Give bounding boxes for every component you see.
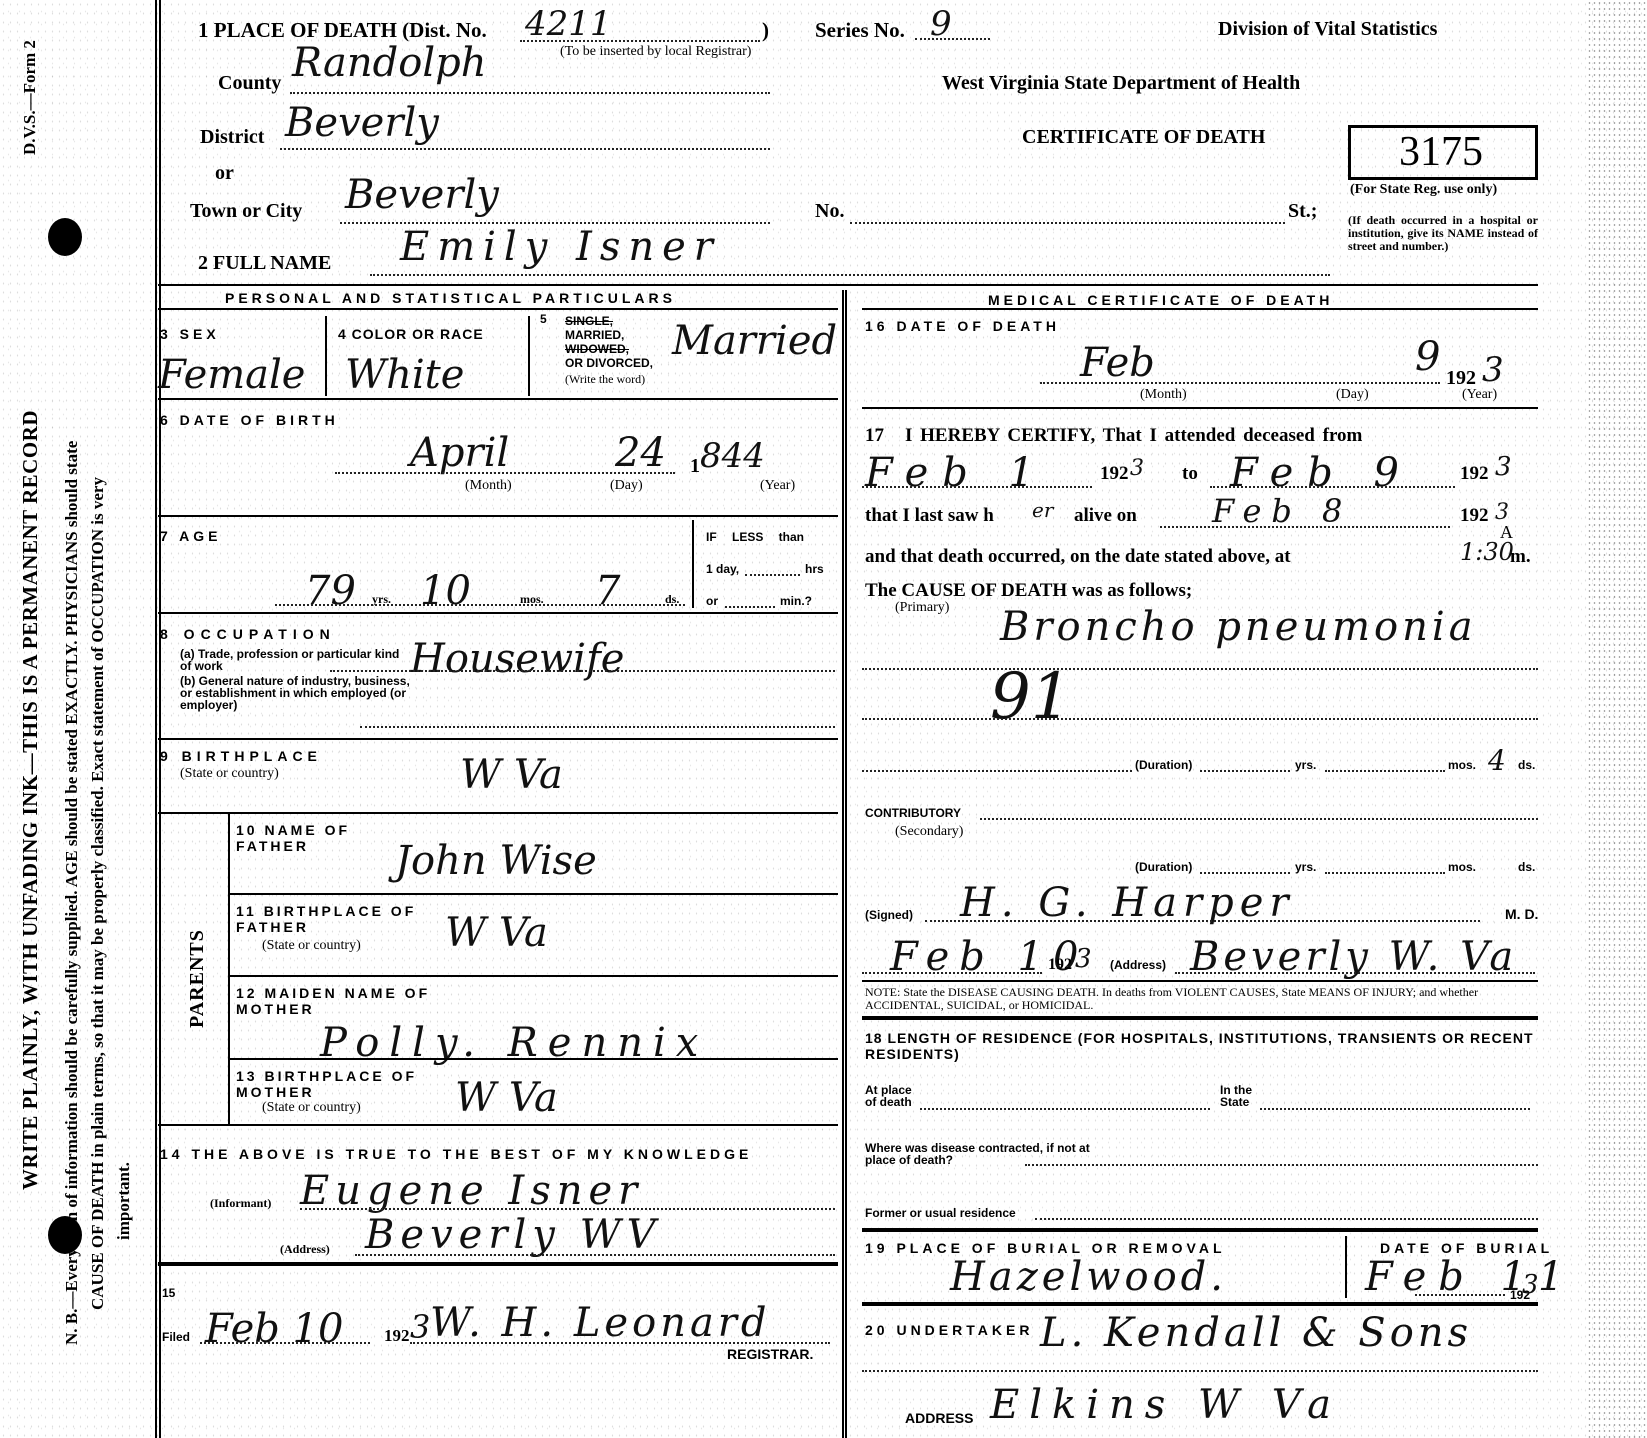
informant-line [300,1208,835,1210]
duration2-yrs: yrs. [1295,860,1316,874]
duration-days-value: 4 [1488,744,1506,777]
marital-opt-divorced: OR DIVORCED, [565,356,653,370]
duration2-mos: mos. [1448,860,1476,874]
note-text: NOTE: State the DISEASE CAUSING DEATH. I… [865,986,1537,1012]
divider [862,1302,1538,1306]
to-label: to [1182,463,1198,485]
dob-label: 6 DATE OF BIRTH [160,412,339,428]
at-place-label: At place of death [865,1084,925,1108]
dob-day: 24 [615,430,666,476]
marital-hint: (Write the word) [565,372,645,387]
last-saw-pre: that I last saw h [865,505,994,527]
birthplace-value: W Va [460,752,563,798]
burial-place: Hazelwood. [950,1254,1227,1300]
cause-text: The CAUSE OF DEATH was as follows; [865,580,1192,602]
filed-line [200,1342,370,1344]
nb-line-3: important. [114,1162,134,1240]
dist-no-line [520,40,760,42]
signed-line [925,920,1480,922]
month-hint: (Month) [465,478,512,494]
knowledge-label: 14 THE ABOVE IS TRUE TO THE BEST OF MY K… [160,1146,752,1162]
primary-line-1 [862,668,1538,670]
dod-line [1040,382,1440,384]
duration-mos: mos. [1448,758,1476,772]
mother-label: 12 MAIDEN NAME OF MOTHER [236,985,436,1017]
divider [158,738,838,740]
undertaker-value: L. Kendall & Sons [1040,1310,1472,1356]
nb-line-1: N. B.—Every item of information should b… [62,441,82,1345]
in-state-line [1260,1108,1530,1110]
write-plainly-notice: WRITE PLAINLY, WITH UNFADING INK—THIS IS… [18,410,43,1190]
md-label: M. D. [1505,906,1538,922]
signed-date-line [862,972,1042,974]
attended-to: Feb 9 [1230,450,1413,496]
min-label: min.? [780,594,812,608]
address-label: (Address) [280,1242,330,1257]
dod-day-hint: (Day) [1336,387,1369,403]
divider [158,308,838,310]
day-hint: (Day) [610,478,643,494]
marital-opt-married: MARRIED, [565,328,624,342]
filed-num: 15 [162,1286,175,1300]
or-label: or [215,162,234,185]
phys-address-label: (Address) [1110,958,1166,972]
occupation-b-line [360,726,835,728]
residence-label: 18 LENGTH OF RESIDENCE (FOR HOSPITALS, I… [865,1030,1535,1062]
attended-from: Feb 1 [865,450,1048,496]
sex-value: Female [158,352,305,398]
age-label: 7 AGE [160,528,222,544]
informant-label: (Informant) [210,1196,271,1211]
medical-section-title: MEDICAL CERTIFICATE OF DEATH [988,292,1333,308]
if-less-label: IF LESS than [706,530,804,544]
divider [230,975,838,977]
address-line [355,1254,835,1256]
duration2-mos-line [1325,872,1445,874]
district-line [280,148,770,150]
dob-month: April [410,430,509,476]
m-suffix: m. [1510,546,1531,568]
duration-label: (Duration) [1135,758,1192,772]
age-line [275,604,685,606]
father-label: 10 NAME OF FATHER [236,822,396,854]
hrs-label: hrs [805,562,824,576]
divider [158,515,838,517]
divider [692,520,694,608]
header-divider [158,284,1538,286]
street-suffix: St.; [1288,200,1317,223]
from-year-prefix: 192 [1100,463,1129,485]
district-value: Beverly [285,100,439,146]
dod-year: 3 [1482,350,1504,390]
last-saw-line [1160,526,1450,528]
primary-label: (Primary) [895,600,949,616]
where-contracted-line [1025,1164,1538,1166]
registrar-signature: W. H. Leonard [430,1300,771,1346]
registrar-line [410,1342,830,1344]
mother-birthplace-value: W Va [455,1075,558,1121]
dist-no-note: (To be inserted by local Registrar) [560,44,751,60]
age-months: 10 [420,568,471,614]
undertaker-label: 20 UNDERTAKER [865,1322,1033,1338]
contributory-label: CONTRIBUTORY [865,806,961,820]
mother-birthplace-label: 13 BIRTHPLACE OF MOTHER [236,1068,436,1100]
duration2-ds: ds. [1518,860,1535,874]
father-value: John Wise [395,838,597,884]
occurred-text: and that death occurred, on the date sta… [865,546,1291,568]
in-state-label: In the State [1220,1084,1270,1108]
dod-month-hint: (Month) [1140,387,1187,403]
last-saw-pronoun: er [1032,498,1053,522]
where-contracted-label: Where was disease contracted, if not at … [865,1142,1105,1166]
punch-hole-top [48,218,82,256]
duration-yrs-line [1200,770,1290,772]
father-birthplace-value: W Va [445,910,548,956]
birthplace-label: 9 BIRTHPLACE [160,748,322,764]
dist-no-value: 4211 [525,4,612,44]
certificate-title: CERTIFICATE OF DEATH [1022,126,1265,149]
occupation-a-label: (a) Trade, profession or particular kind… [180,648,410,672]
age-years: 79 [305,568,356,614]
burial-date-line [1415,1294,1505,1296]
primary-cause: Broncho pneumonia [1000,604,1477,650]
filed-date: Feb 10 [205,1306,343,1352]
divider [862,308,1538,310]
county-label: County [218,72,281,95]
ampm-value: A [1500,522,1513,543]
undertaker-line [862,1370,1538,1372]
district-label: District [200,126,264,149]
divider [1345,1236,1347,1298]
dod-month: Feb [1080,340,1155,386]
full-name-line [370,274,1330,276]
signed-year: 3 [1075,944,1092,974]
or-min-label: or [706,594,718,608]
dob-year: 844 [700,436,765,476]
divider [230,1058,838,1060]
full-name-label: 2 FULL NAME [198,252,331,275]
divider [230,893,838,895]
age-days: 7 [595,568,620,614]
at-place-line [920,1108,1210,1110]
last-saw-post: alive on [1074,505,1137,527]
punch-hole-bottom [48,1216,82,1254]
occupation-label: 8 OCCUPATION [160,626,336,642]
hospital-note: (If death occurred in a hospital or inst… [1348,214,1538,253]
last-saw-date: Feb 8 [1212,492,1352,530]
occupation-value: Housewife [410,636,624,682]
one-day-label: 1 day, [706,562,739,576]
series-line [915,38,990,40]
marital-num: 5 [540,312,547,326]
division-title: Division of Vital Statistics [1218,18,1437,41]
min-line [725,606,775,608]
department-title: West Virginia State Department of Health [942,72,1300,95]
birthplace-hint: (State or country) [180,766,279,782]
marital-opt-widowed: WIDOWED, [565,342,629,356]
street-no-label: No. [815,200,844,223]
series-label: Series No. [815,18,905,43]
divider [158,812,838,814]
personal-section-title: PERSONAL AND STATISTICAL PARTICULARS [225,290,676,306]
county-line [290,92,770,94]
year-hint: (Year) [760,478,795,494]
town-label: Town or City [190,200,302,223]
divider [228,812,230,1124]
signed-label: (Signed) [865,908,913,922]
father-birthplace-label: 11 BIRTHPLACE OF FATHER [236,903,436,935]
occupation-a-line [330,670,835,672]
dod-day: 9 [1415,334,1440,380]
filed-year: 3 [410,1308,430,1346]
divider [158,1124,838,1126]
divider [528,316,530,396]
form-id: D.V.S.—Form 2 [20,40,40,155]
primary-line-2 [862,718,1538,720]
marital-opt-single: SINGLE, [565,314,613,328]
nb-line-2: CAUSE OF DEATH in plain terms, so that i… [88,477,108,1310]
race-value: White [345,352,464,398]
divider [158,398,838,400]
registrar-label: REGISTRAR. [727,1346,813,1362]
attended-to-line [1210,486,1455,488]
divider [158,612,838,614]
dist-close-paren: ) [762,18,769,43]
race-label: 4 COLOR OR RACE [338,326,484,342]
from-year: 3 [1130,456,1144,481]
occupation-b-label: (b) General nature of industry, business… [180,675,410,711]
duration-ds: ds. [1518,758,1535,772]
hrs-line [745,574,800,576]
father-bp-hint: (State or country) [262,938,361,954]
certify-text: I HEREBY CERTIFY, That I attended deceas… [905,425,1362,447]
informant-address-value: Beverly WV [365,1212,662,1258]
certify-num: 17 [865,425,884,447]
phys-address-line [1175,972,1535,974]
dob-year-prefix: 1 [690,455,700,478]
dob-line [335,472,675,474]
divider [158,1262,838,1266]
duration-label-2: (Duration) [1135,860,1192,874]
state-reg-note: (For State Reg. use only) [1350,182,1497,198]
parents-label: PARENTS [186,929,209,1028]
dod-label: 16 DATE OF DEATH [865,318,1060,334]
street-line [850,222,1285,224]
divider [862,1016,1538,1020]
filed-label: Filed [162,1330,190,1344]
contributory-line [980,818,1538,820]
to-year-prefix: 192 [1460,463,1489,485]
full-name-value: Emily Isner [400,224,721,270]
duration-yrs: yrs. [1295,758,1316,772]
filed-year-prefix: 192 [384,1326,410,1346]
town-value: Beverly [345,172,499,218]
duration-mos-line [1325,770,1445,772]
county-value: Randolph [292,40,487,86]
duration2-yrs-line [1200,872,1290,874]
signed-year-prefix: 192 [1048,956,1072,974]
margin-instructions: D.V.S.—Form 2 WRITE PLAINLY, WITH UNFADI… [0,0,150,1438]
primary-code: 91 [990,660,1071,734]
state-reg-box: 3175 [1348,125,1538,180]
divider [325,316,327,396]
sex-label: 3 SEX [160,326,220,342]
last-saw-year-prefix: 192 [1460,505,1489,527]
to-year: 3 [1495,452,1512,482]
divider [862,407,1538,409]
former-residence-label: Former or usual residence [865,1206,1016,1220]
divider [862,1228,1538,1232]
dod-year-hint: (Year) [1462,387,1497,403]
burial-year: 3 [1522,1270,1539,1300]
state-reg-number: 3175 [1399,128,1483,176]
undertaker-address-label: ADDRESS [905,1410,973,1426]
marital-value: Married [672,318,837,364]
attended-from-line [862,486,1092,488]
column-divider [842,290,847,1438]
primary-line-3 [862,770,1132,772]
mother-bp-hint: (State or country) [262,1100,361,1116]
secondary-label: (Secondary) [895,824,963,840]
divider [862,980,1538,982]
former-residence-line [1035,1218,1538,1220]
undertaker-address: Elkins W Va [990,1382,1341,1428]
